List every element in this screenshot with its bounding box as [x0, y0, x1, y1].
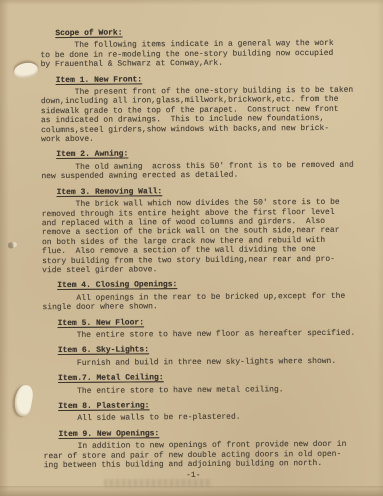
item-body: In addition to new openings of front pro…: [44, 440, 371, 471]
item-heading: Item 3. Removing Wall:: [57, 185, 383, 197]
item-body: The entire store to have new metal ceili…: [43, 384, 370, 396]
item-body: The brick wall which now divides the 50'…: [42, 198, 370, 276]
work-item: Item 4. Closing Openings:All openings in…: [0, 279, 383, 313]
item-body: The old awning across this 50' front is …: [41, 160, 368, 181]
work-item: Item 9. New Openings:In addition to new …: [1, 427, 383, 471]
faded-stamp: [104, 479, 212, 487]
item-body: All openings in the rear to be bricked u…: [42, 291, 369, 312]
work-item: Item 1. New Front:The present front of t…: [0, 73, 382, 145]
item-body: All side walls to be re-plastered.: [43, 412, 370, 424]
item-heading: Item 6. Sky-Lights:: [58, 344, 383, 356]
item-heading: Item 1. New Front:: [56, 73, 382, 85]
work-item: Item 3. Removing Wall:The brick wall whi…: [0, 185, 383, 276]
item-heading: Item 2. Awning:: [56, 148, 382, 160]
work-item: Item.7. Metal Ceiling:The entire store t…: [1, 372, 383, 397]
document-content: Scope of Work: The following items indic…: [0, 0, 383, 496]
items-list: Item 1. New Front:The present front of t…: [0, 73, 383, 471]
work-item: Item 2. Awning:The old awning across thi…: [0, 148, 382, 182]
item-body: The present front of the one-story build…: [41, 86, 368, 145]
item-heading: Item 9. New Openings:: [58, 427, 383, 439]
item-heading: Item 5. New Floor:: [58, 316, 383, 328]
item-heading: Item.7. Metal Ceiling:: [58, 372, 383, 384]
item-body: Furnish and build in three new sky-light…: [43, 356, 370, 368]
item-heading: Item 8. Plastering:: [58, 399, 383, 411]
work-item: Item 8. Plastering:All side walls to be …: [1, 399, 383, 424]
intro-paragraph: The following items indicate in a genera…: [40, 39, 367, 70]
item-body: The entire store to have new floor as he…: [43, 329, 370, 341]
item-heading: Item 4. Closing Openings:: [57, 279, 383, 291]
work-item: Item 6. Sky-Lights:Furnish and build in …: [1, 344, 383, 369]
document-page: Scope of Work: The following items indic…: [0, 0, 383, 496]
scope-of-work-heading: Scope of Work:: [55, 27, 381, 39]
work-item: Item 5. New Floor:The entire store to ha…: [1, 316, 383, 341]
